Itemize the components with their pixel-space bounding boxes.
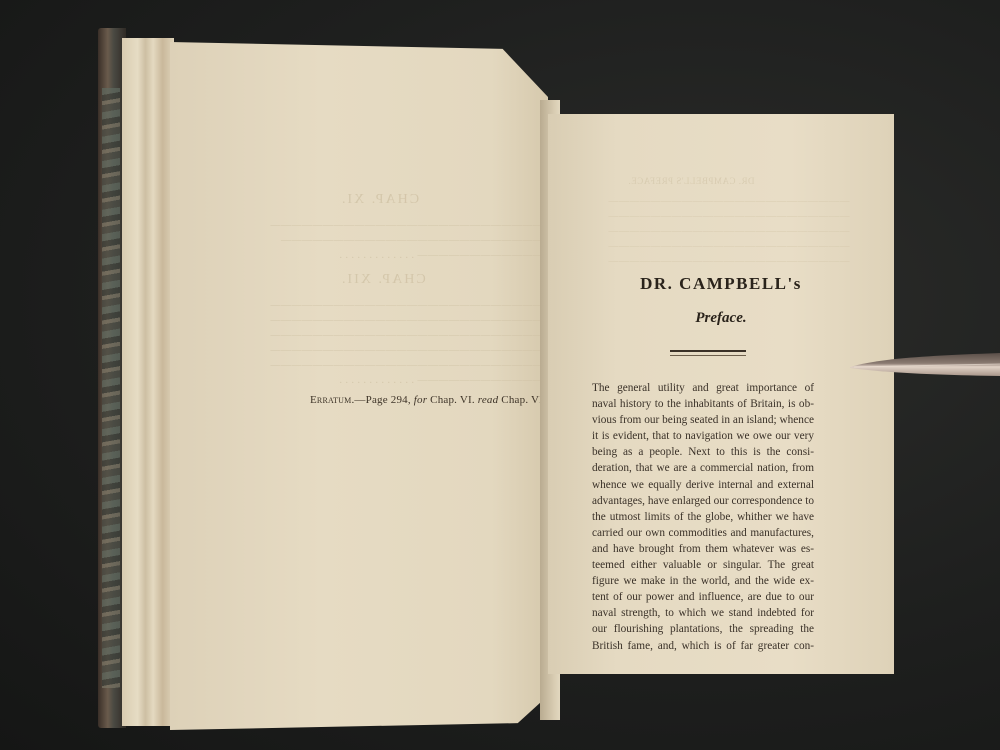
erratum-read: read [478, 394, 499, 406]
bleed-through-heading: CHAP. XI. [340, 192, 419, 207]
bleed-through-heading: DR. CAMPBELL'S PREFACE. [628, 174, 754, 189]
erratum-text: —Page 294, [354, 394, 413, 406]
body-line: tent of our power and influence, are due… [592, 589, 814, 605]
body-line: vious from our being seated in an island… [592, 412, 814, 428]
body-line: our flourishing plantations, the spreadi… [592, 621, 814, 637]
bleed-through-lines: ——————————————————————————— ————————————… [270, 218, 554, 263]
body-line: being as a people. Next to this is the c… [592, 444, 814, 460]
body-line: carried our own commodities and manufact… [592, 525, 814, 541]
body-line: whence we equally derive internal and ex… [592, 477, 814, 493]
body-line: the utmost limits of the globe, whither … [592, 509, 814, 525]
body-line: The general utility and great importance… [592, 380, 814, 396]
body-line: teemed either valuable or singular. The … [592, 557, 814, 573]
letter-opener-blade-icon [848, 350, 1000, 380]
body-line: naval strength, to which we stand indebt… [592, 605, 814, 621]
right-page: DR. CAMPBELL'S PREFACE. ————————————————… [548, 114, 894, 674]
body-line: it is evident, that to navigation we owe… [592, 428, 814, 444]
body-line: naval history to the inhabitants of Brit… [592, 396, 814, 412]
body-line: advantages, have enlarged our correspond… [592, 493, 814, 509]
page-edges [122, 38, 174, 726]
preface-subtitle: Preface. [548, 310, 894, 327]
body-line: figure we make in the world, and the wid… [592, 573, 814, 589]
preface-title: DR. CAMPBELL's [548, 274, 894, 294]
bleed-through-heading: CHAP. XII. [340, 272, 426, 287]
erratum-for: for [414, 394, 427, 406]
erratum-text: Chap. VI. [427, 394, 478, 406]
body-line: British fame, and, which is of far great… [592, 638, 814, 654]
erratum-note: Erratum.—Page 294, for Chap. VI. read Ch… [310, 394, 554, 406]
ornamental-rule [670, 350, 746, 356]
body-line: deration, that we are a commercial natio… [592, 460, 814, 476]
body-line: and have brought from them whatever was … [592, 541, 814, 557]
erratum-label: Erratum. [310, 394, 354, 406]
bleed-through-lines: —————————————————————————— —————————————… [270, 298, 543, 388]
left-page: CHAP. XI. ——————————————————————————— ——… [170, 42, 548, 730]
bleed-through-lines: ——————————————————————— ————————————————… [608, 194, 850, 269]
preface-body: The general utility and great importance… [592, 380, 814, 654]
